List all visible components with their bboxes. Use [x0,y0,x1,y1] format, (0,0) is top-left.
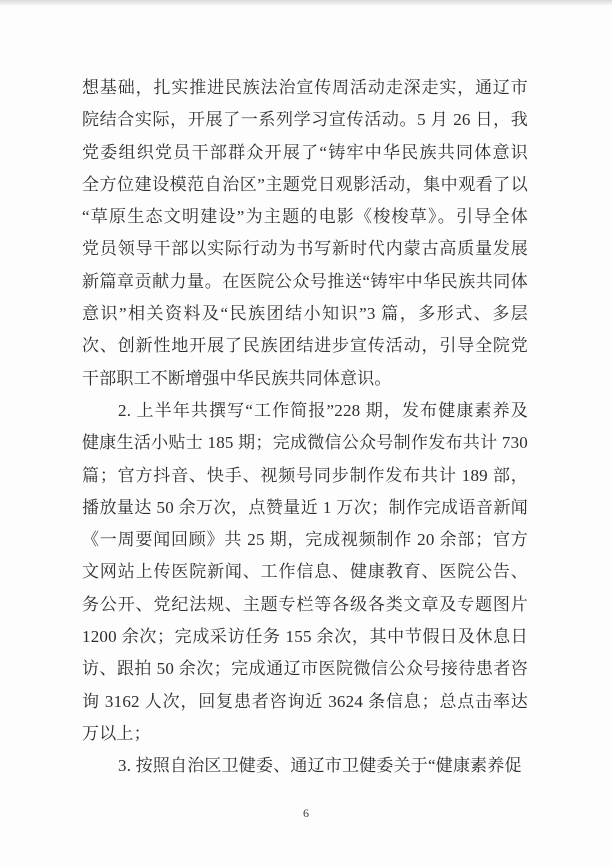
text-line: 询 3162 人次，回复患者咨询近 3624 条信息；总点击率达 10 [82,686,528,718]
text-line: 篇；官方抖音、快手、视频号同步制作发布共计 189 部，总 [82,460,528,492]
text-line: “草原生态文明建设”为主题的电影《梭梭草》。引导全体 [82,201,528,233]
text-line: 党员领导干部以实际行动为书写新时代内蒙古高质量发展 [82,233,528,265]
text-line: 播放量达 50 余万次，点赞量近 1 万次；制作完成语音新闻 [82,492,528,524]
document-page: 想基础，扎实推进民族法治宣传周活动走深走实，通辽市医 院结合实际，开展了一系列学… [0,0,612,867]
text-line: 《一周要闻回顾》共 25 期，完成视频制作 20 余部；官方中 [82,524,528,556]
text-line: 次、创新性地开展了民族团结进步宣传活动，引导全院党员 [82,330,528,362]
text-line: 务公开、党纪法规、主题专栏等各级各类文章及专题图片 [82,589,528,621]
text-line: 健康生活小贴士 185 期；完成微信公众号制作发布共计 730 [82,427,528,459]
scan-edge [0,0,612,5]
text-line: 3. 按照自治区卫健委、通辽市卫健委关于“健康素养促 [82,750,528,782]
text-line: 干部职工不断增强中华民族共同体意识。 [82,363,528,395]
text-line: 新篇章贡献力量。在医院公众号推送“铸牢中华民族共同体 [82,266,528,298]
body-text: 想基础，扎实推进民族法治宣传周活动走深走实，通辽市医 院结合实际，开展了一系列学… [82,72,528,783]
text-line: 访、跟拍 50 余次；完成通辽市医院微信公众号接待患者咨 [82,653,528,685]
text-line: 1200 余次；完成采访任务 155 余次，其中节假日及休息日采 [82,621,528,653]
text-line: 意识”相关资料及“民族团结小知识”3 篇，多形式、多层 [82,298,528,330]
text-line: 院结合实际，开展了一系列学习宣传活动。5 月 26 日，我院 [82,104,528,136]
text-line: 党委组织党员干部群众开展了“铸牢中华民族共同体意识 [82,137,528,169]
text-line: 文网站上传医院新闻、工作信息、健康教育、医院公告、三 [82,556,528,588]
text-line: 全方位建设模范自治区”主题党日观影活动，集中观看了以 [82,169,528,201]
text-line: 万以上； [82,718,528,750]
text-line: 想基础，扎实推进民族法治宣传周活动走深走实，通辽市医 [82,72,528,104]
text-line: 2. 上半年共撰写“工作简报”228 期，发布健康素养及 [82,395,528,427]
page-number: 6 [0,804,612,822]
